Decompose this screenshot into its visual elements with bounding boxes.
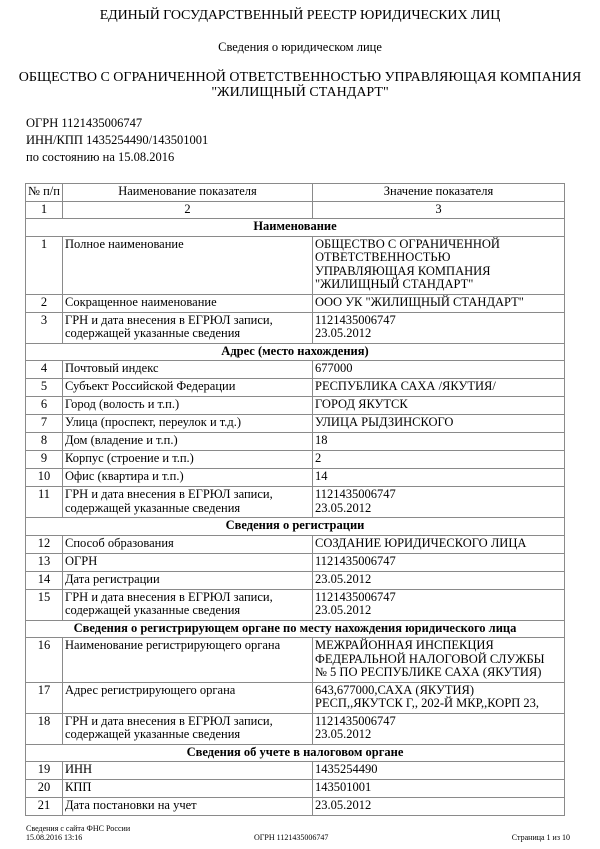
row-number: 2	[26, 294, 63, 312]
indicator-name: Улица (проспект, переулок и т.д.)	[63, 415, 313, 433]
indicator-name: ГРН и дата внесения в ЕГРЮЛ записи, соде…	[63, 312, 313, 343]
indicator-name: ОГРН	[63, 553, 313, 571]
row-number: 10	[26, 469, 63, 487]
section-header-row: Адрес (место нахождения)	[26, 343, 565, 361]
ogrn-line: ОГРН 1121435006747	[26, 115, 208, 132]
column-number: 1	[26, 201, 63, 219]
indicator-name: Город (волость и т.п.)	[63, 397, 313, 415]
row-number: 12	[26, 535, 63, 553]
table-row: 13ОГРН1121435006747	[26, 553, 565, 571]
row-number: 13	[26, 553, 63, 571]
row-number: 8	[26, 433, 63, 451]
indicator-value: 1121435006747 23.05.2012	[313, 713, 565, 744]
table-row: 8Дом (владение и т.п.)18	[26, 433, 565, 451]
indicator-value: РЕСПУБЛИКА САХА /ЯКУТИЯ/	[313, 379, 565, 397]
table-row: 7Улица (проспект, переулок и т.д.)УЛИЦА …	[26, 415, 565, 433]
indicator-value: 14	[313, 469, 565, 487]
table-row: 11ГРН и дата внесения в ЕГРЮЛ записи, со…	[26, 487, 565, 518]
section-title: Сведения о регистрирующем органе по мест…	[26, 620, 565, 638]
table-row: 16Наименование регистрирующего органаМЕЖ…	[26, 638, 565, 683]
indicator-value: 143501001	[313, 780, 565, 798]
indicator-name: Сокращенное наименование	[63, 294, 313, 312]
document-title: ЕДИНЫЙ ГОСУДАРСТВЕННЫЙ РЕЕСТР ЮРИДИЧЕСКИ…	[0, 8, 600, 24]
indicator-name: ГРН и дата внесения в ЕГРЮЛ записи, соде…	[63, 487, 313, 518]
indicator-name: КПП	[63, 780, 313, 798]
row-number: 19	[26, 762, 63, 780]
indicator-name: Наименование регистрирующего органа	[63, 638, 313, 683]
footer-source-text: Сведения с сайта ФНС России	[26, 824, 130, 833]
table-row: 15ГРН и дата внесения в ЕГРЮЛ записи, со…	[26, 589, 565, 620]
footer-source: Сведения с сайта ФНС России 15.08.2016 1…	[26, 824, 130, 842]
row-number: 14	[26, 571, 63, 589]
indicator-value: ООО УК "ЖИЛИЩНЫЙ СТАНДАРТ"	[313, 294, 565, 312]
table-row: 4Почтовый индекс677000	[26, 361, 565, 379]
organization-name-line2: "ЖИЛИЩНЫЙ СТАНДАРТ"	[0, 85, 600, 100]
row-number: 11	[26, 487, 63, 518]
indicator-value: 1121435006747 23.05.2012	[313, 589, 565, 620]
section-title: Наименование	[26, 219, 565, 237]
section-title: Сведения об учете в налоговом органе	[26, 744, 565, 762]
indicator-name: Полное наименование	[63, 236, 313, 294]
registry-table: № п/п Наименование показателя Значение п…	[25, 183, 565, 816]
row-number: 15	[26, 589, 63, 620]
footer-page-number: Страница 1 из 10	[512, 833, 570, 842]
indicator-name: Способ образования	[63, 535, 313, 553]
header-number: № п/п	[26, 184, 63, 202]
row-number: 9	[26, 451, 63, 469]
footer-ogrn: ОГРН 1121435006747	[254, 833, 328, 842]
document-subtitle: Сведения о юридическом лице	[0, 40, 600, 55]
indicator-value: 18	[313, 433, 565, 451]
section-header-row: Сведения об учете в налоговом органе	[26, 744, 565, 762]
indicator-value: 1121435006747 23.05.2012	[313, 487, 565, 518]
row-number: 4	[26, 361, 63, 379]
row-number: 6	[26, 397, 63, 415]
indicator-value: СОЗДАНИЕ ЮРИДИЧЕСКОГО ЛИЦА	[313, 535, 565, 553]
row-number: 3	[26, 312, 63, 343]
indicator-name: Дата постановки на учет	[63, 798, 313, 816]
as-of-date-line: по состоянию на 15.08.2016	[26, 149, 208, 166]
indicator-name: Офис (квартира и т.п.)	[63, 469, 313, 487]
indicator-name: ГРН и дата внесения в ЕГРЮЛ записи, соде…	[63, 713, 313, 744]
row-number: 1	[26, 236, 63, 294]
table-row: 18ГРН и дата внесения в ЕГРЮЛ записи, со…	[26, 713, 565, 744]
row-number: 21	[26, 798, 63, 816]
indicator-name: Корпус (строение и т.п.)	[63, 451, 313, 469]
section-header-row: Сведения о регистрации	[26, 518, 565, 536]
table-row: 12Способ образованияСОЗДАНИЕ ЮРИДИЧЕСКОГ…	[26, 535, 565, 553]
row-number: 17	[26, 682, 63, 713]
indicator-value: 1121435006747 23.05.2012	[313, 312, 565, 343]
section-title: Адрес (место нахождения)	[26, 343, 565, 361]
section-header-row: Сведения о регистрирующем органе по мест…	[26, 620, 565, 638]
row-number: 20	[26, 780, 63, 798]
indicator-value: ГОРОД ЯКУТСК	[313, 397, 565, 415]
table-row: 6Город (волость и т.п.)ГОРОД ЯКУТСК	[26, 397, 565, 415]
footer-datetime: 15.08.2016 13:16	[26, 833, 130, 842]
indicator-name: Субъект Российской Федерации	[63, 379, 313, 397]
row-number: 16	[26, 638, 63, 683]
table-row: 3ГРН и дата внесения в ЕГРЮЛ записи, сод…	[26, 312, 565, 343]
table-row: 19ИНН1435254490	[26, 762, 565, 780]
indicator-value: 23.05.2012	[313, 798, 565, 816]
row-number: 5	[26, 379, 63, 397]
indicator-name: ИНН	[63, 762, 313, 780]
table-body: Наименование1Полное наименованиеОБЩЕСТВО…	[26, 219, 565, 816]
indicator-name: ГРН и дата внесения в ЕГРЮЛ записи, соде…	[63, 589, 313, 620]
indicator-name: Почтовый индекс	[63, 361, 313, 379]
indicator-name: Адрес регистрирующего органа	[63, 682, 313, 713]
indicator-value: 2	[313, 451, 565, 469]
table-row: 5Субъект Российской ФедерацииРЕСПУБЛИКА …	[26, 379, 565, 397]
column-number: 3	[313, 201, 565, 219]
table-row: 9Корпус (строение и т.п.)2	[26, 451, 565, 469]
indicator-value: 677000	[313, 361, 565, 379]
section-header-row: Наименование	[26, 219, 565, 237]
organization-name-line1: ОБЩЕСТВО С ОГРАНИЧЕННОЙ ОТВЕТСТВЕННОСТЬЮ…	[0, 70, 600, 85]
table-row: 1Полное наименованиеОБЩЕСТВО С ОГРАНИЧЕН…	[26, 236, 565, 294]
indicator-value: УЛИЦА РЫДЗИНСКОГО	[313, 415, 565, 433]
header-indicator-value: Значение показателя	[313, 184, 565, 202]
table-row: 21Дата постановки на учет23.05.2012	[26, 798, 565, 816]
inn-kpp-line: ИНН/КПП 1435254490/143501001	[26, 132, 208, 149]
indicator-value: ОБЩЕСТВО С ОГРАНИЧЕННОЙ ОТВЕТСТВЕННОСТЬЮ…	[313, 236, 565, 294]
table-row: 2Сокращенное наименованиеООО УК "ЖИЛИЩНЫ…	[26, 294, 565, 312]
table-row: 17Адрес регистрирующего органа643,677000…	[26, 682, 565, 713]
indicator-value: 643,677000,САХА (ЯКУТИЯ) РЕСП,,ЯКУТСК Г,…	[313, 682, 565, 713]
table-row: 10Офис (квартира и т.п.)14	[26, 469, 565, 487]
table-header-row: № п/п Наименование показателя Значение п…	[26, 184, 565, 202]
indicator-name: Дом (владение и т.п.)	[63, 433, 313, 451]
section-title: Сведения о регистрации	[26, 518, 565, 536]
header-indicator-name: Наименование показателя	[63, 184, 313, 202]
indicator-value: 23.05.2012	[313, 571, 565, 589]
column-number: 2	[63, 201, 313, 219]
indicator-name: Дата регистрации	[63, 571, 313, 589]
table-row: 20КПП143501001	[26, 780, 565, 798]
indicator-value: 1121435006747	[313, 553, 565, 571]
table-row: 14Дата регистрации23.05.2012	[26, 571, 565, 589]
document-meta: ОГРН 1121435006747 ИНН/КПП 1435254490/14…	[26, 115, 208, 166]
column-numbers-row: 1 2 3	[26, 201, 565, 219]
indicator-value: 1435254490	[313, 762, 565, 780]
row-number: 7	[26, 415, 63, 433]
organization-name: ОБЩЕСТВО С ОГРАНИЧЕННОЙ ОТВЕТСТВЕННОСТЬЮ…	[0, 70, 600, 100]
indicator-value: МЕЖРАЙОННАЯ ИНСПЕКЦИЯ ФЕДЕРАЛЬНОЙ НАЛОГО…	[313, 638, 565, 683]
row-number: 18	[26, 713, 63, 744]
